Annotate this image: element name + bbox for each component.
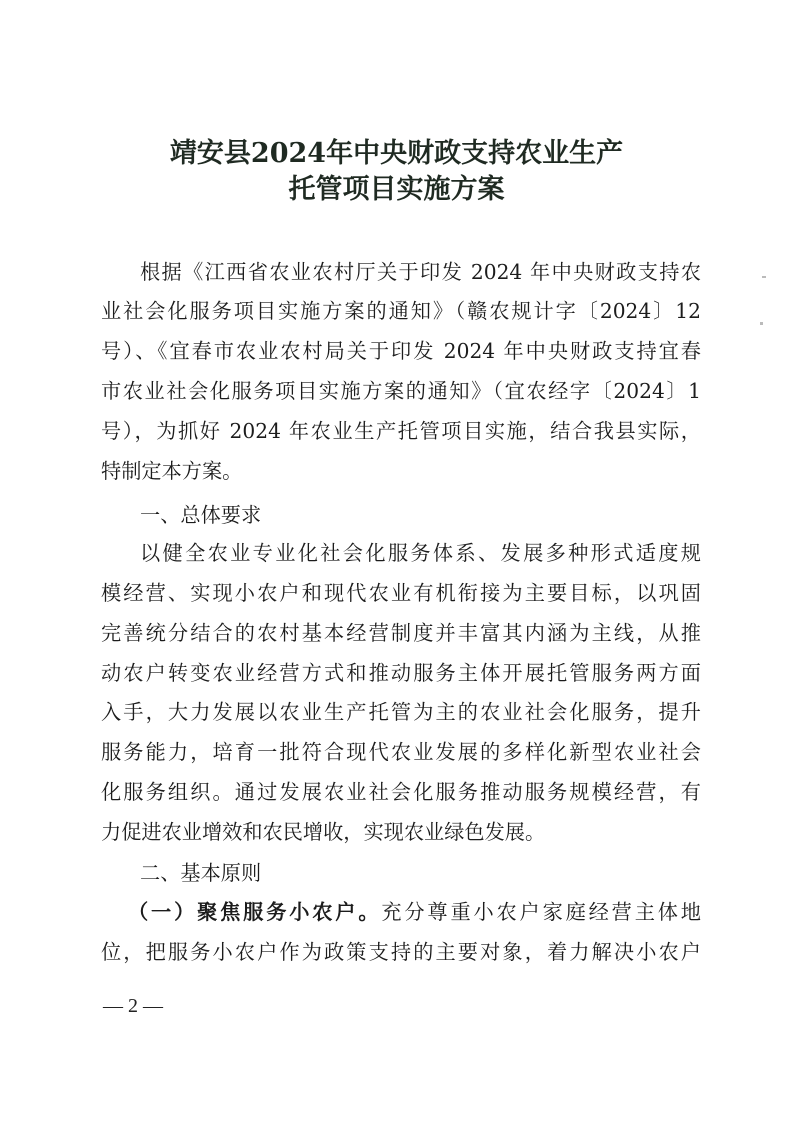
section-heading-general-requirements: 一、总体要求: [140, 495, 261, 535]
scan-mark: [760, 322, 763, 325]
body-line: 化服务组织。通过发展农业社会化服务推动服务规模经营，有: [101, 772, 701, 812]
document-title-line-2: 托管项目实施方案: [0, 172, 793, 208]
intro-line: 号），为抓好 2024 年农业生产托管项目实施，结合我县实际，: [101, 411, 701, 451]
document-page: 靖安县2024年中央财政支持农业生产 托管项目实施方案 根据《江西省农业农村厅关…: [0, 0, 793, 1121]
principle-item-1: （一）聚焦服务小农户。充分尊重小农户家庭经营主体地: [128, 892, 701, 932]
body-line: 模经营、实现小农户和现代农业有机衔接为主要目标，以巩固: [101, 573, 701, 613]
intro-line: 特制定本方案。: [101, 451, 701, 491]
document-title-line-1: 靖安县2024年中央财政支持农业生产: [0, 136, 793, 172]
intro-line: 业社会化服务项目实施方案的通知》（赣农规计字〔2024〕12: [101, 291, 701, 331]
body-line: 完善统分结合的农村基本经营制度并丰富其内涵为主线，从推: [101, 613, 701, 653]
page-number: — 2 —: [103, 992, 163, 1020]
intro-line: 号）、《宜春市农业农村局关于印发 2024 年中央财政支持宜春: [101, 331, 701, 371]
body-line: 入手，大力发展以农业生产托管为主的农业社会化服务，提升: [101, 692, 701, 732]
body-line: 以健全农业专业化社会化服务体系、发展多种形式适度规: [140, 533, 701, 573]
intro-line: 市农业社会化服务项目实施方案的通知》（宜农经字〔2024〕1: [101, 371, 701, 411]
body-line: 位，把服务小农户作为政策支持的主要对象，着力解决小农户: [101, 932, 701, 972]
scan-mark: [762, 276, 766, 278]
section-heading-basic-principles: 二、基本原则: [140, 853, 261, 893]
body-line: 力促进农业增效和农民增收，实现农业绿色发展。: [101, 812, 701, 852]
body-line: 服务能力，培育一批符合现代农业发展的多样化新型农业社会: [101, 732, 701, 772]
principle-item-1-text: 充分尊重小农户家庭经营主体地: [381, 900, 701, 924]
principle-item-1-title: （一）聚焦服务小农户。: [128, 900, 381, 924]
intro-line: 根据《江西省农业农村厅关于印发 2024 年中央财政支持农: [140, 252, 701, 292]
body-line: 动农户转变农业经营方式和推动服务主体开展托管服务两方面: [101, 653, 701, 693]
